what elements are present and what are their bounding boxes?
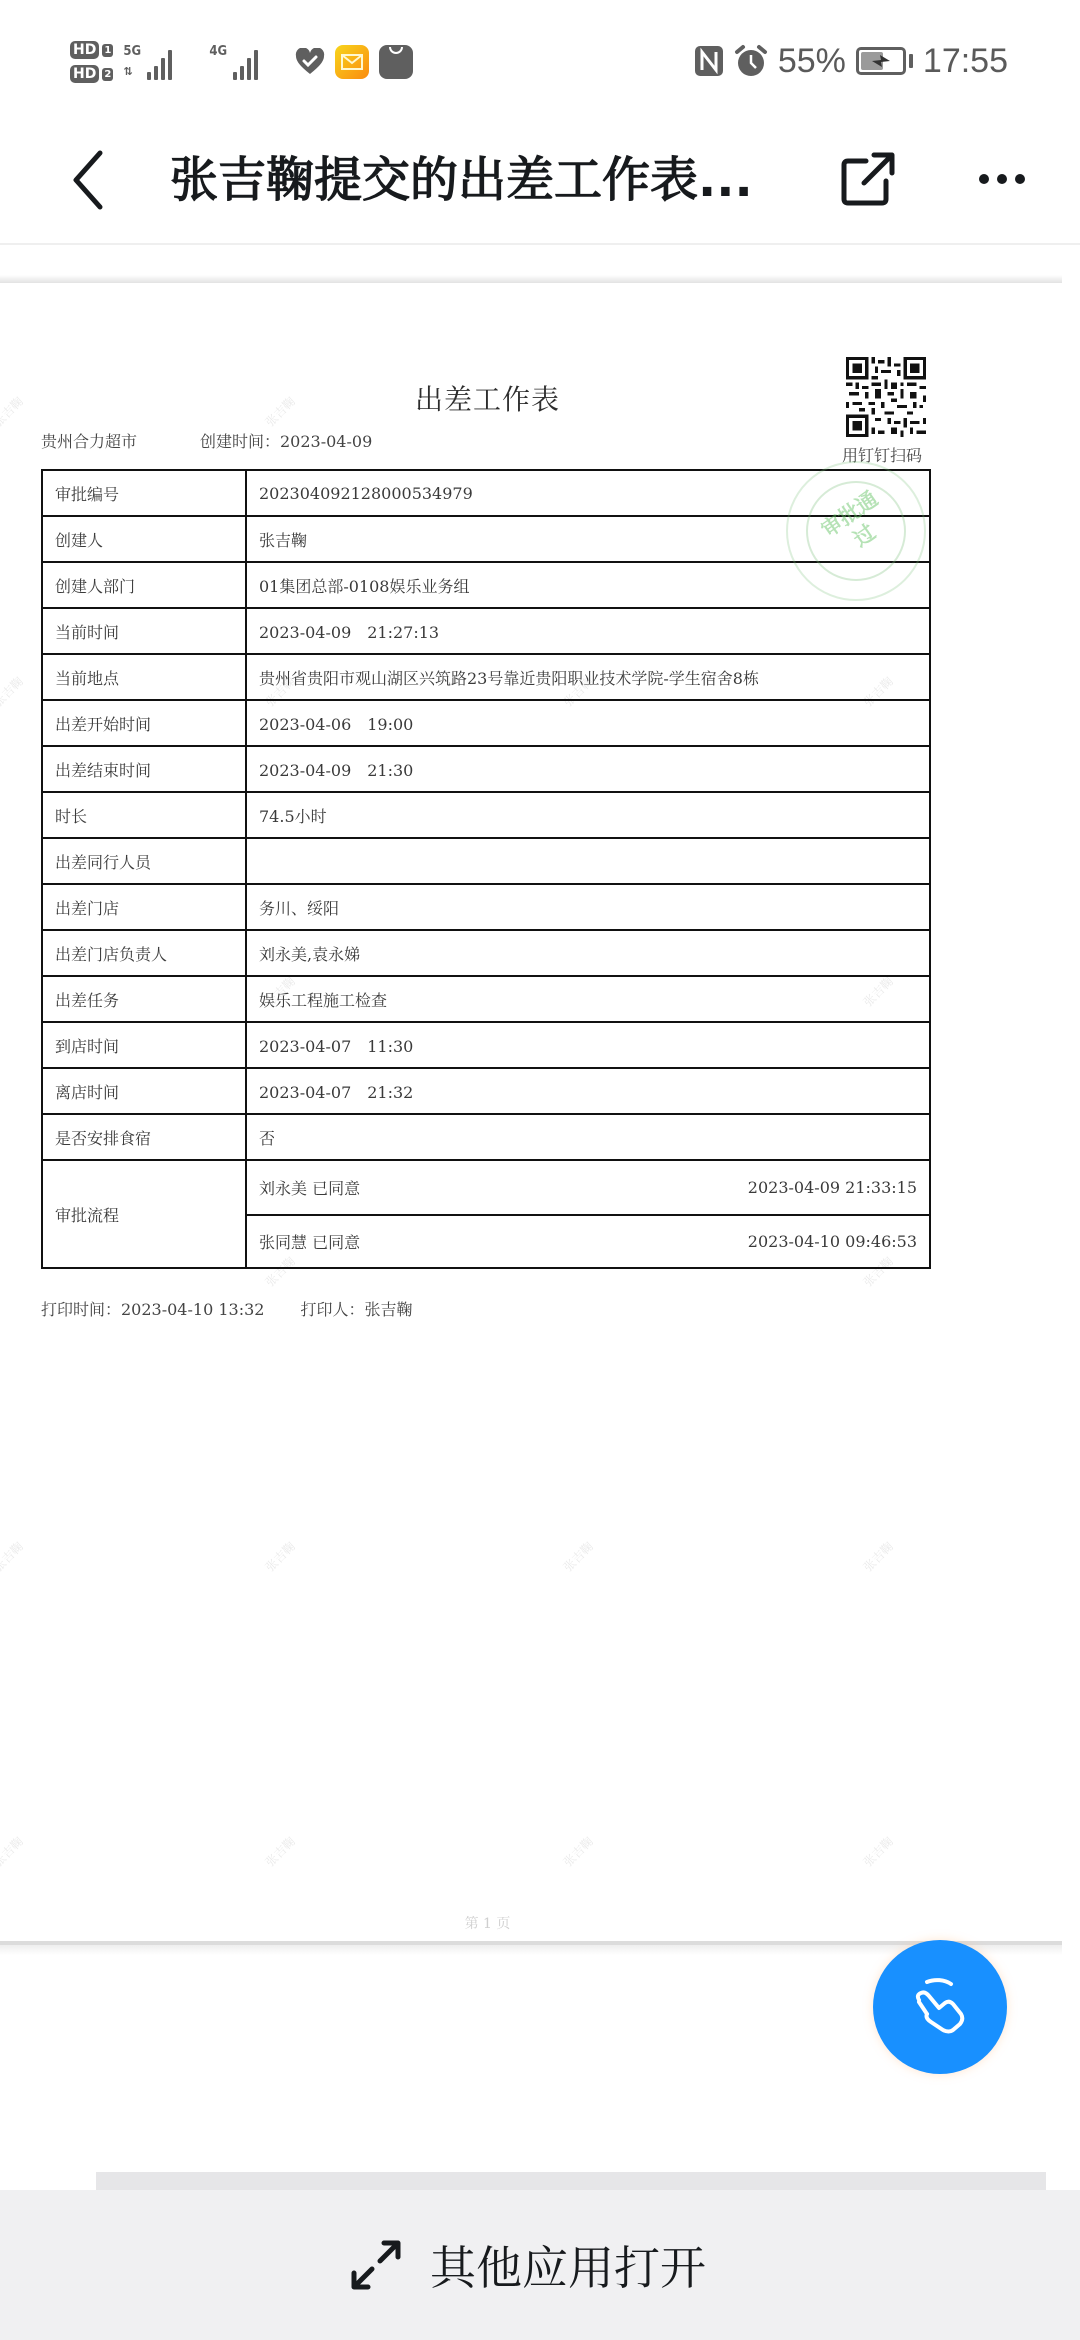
field-label: 出差结束时间 bbox=[42, 746, 246, 792]
field-label: 创建人部门 bbox=[42, 562, 246, 608]
approval-flow-steps: 刘永美 已同意 2023-04-09 21:33:15 张同慧 已同意 2023… bbox=[246, 1160, 930, 1268]
hd-volte-1: HD 1 bbox=[70, 41, 113, 59]
field-value: 刘永美,袁永娣 bbox=[246, 930, 930, 976]
gesture-fab-button[interactable] bbox=[873, 1940, 1007, 2074]
field-label: 出差任务 bbox=[42, 976, 246, 1022]
tap-gesture-icon bbox=[905, 1972, 975, 2042]
table-row: 当前地点贵州省贵阳市观山湖区兴筑路23号靠近贵阳职业技术学院-学生宿舍8栋 bbox=[42, 654, 930, 700]
page-number: 第 1 页 bbox=[0, 1913, 975, 1933]
document-viewer[interactable]: 张吉鞠 张吉鞠 张吉鞠 张吉鞠 张吉鞠 张吉鞠 张吉鞠 张吉鞠 张吉鞠 张吉鞠 … bbox=[0, 245, 1080, 2190]
field-label: 时长 bbox=[42, 792, 246, 838]
watermark: 张吉鞠 bbox=[0, 673, 27, 710]
nfc-icon bbox=[694, 45, 724, 77]
hd-volte-2: HD 2 bbox=[70, 65, 113, 83]
field-value: 娱乐工程施工检查 bbox=[246, 976, 930, 1022]
approved-stamp: 审批通过 bbox=[786, 461, 926, 601]
field-label: 审批流程 bbox=[42, 1160, 246, 1268]
print-time: 打印时间：2023-04-10 13:32 bbox=[41, 1300, 264, 1319]
data-arrows-icon: ⇅ bbox=[123, 65, 132, 78]
status-bar-left: HD 1 HD 2 5G ⇅ 4G bbox=[70, 32, 413, 92]
back-button[interactable] bbox=[58, 140, 118, 220]
approval-time: 2023-04-09 21:33:15 bbox=[748, 1178, 917, 1197]
approval-status: 已同意 bbox=[312, 1179, 360, 1198]
watermark: 张吉鞠 bbox=[0, 1833, 27, 1870]
table-row: 时长74.5小时 bbox=[42, 792, 930, 838]
network-type-5g: 5G bbox=[123, 44, 141, 59]
field-label: 是否安排食宿 bbox=[42, 1114, 246, 1160]
approval-step: 刘永美 已同意 2023-04-09 21:33:15 bbox=[247, 1161, 929, 1214]
field-label: 出差门店 bbox=[42, 884, 246, 930]
network-type-4g: 4G bbox=[209, 44, 227, 59]
chevron-left-icon bbox=[70, 150, 106, 210]
table-row: 是否安排食宿否 bbox=[42, 1114, 930, 1160]
horizontal-scrollbar[interactable] bbox=[96, 2172, 1046, 2190]
hd-volte-icon: HD bbox=[70, 41, 99, 59]
watermark: 张吉鞠 bbox=[859, 1538, 896, 1575]
field-label: 出差开始时间 bbox=[42, 700, 246, 746]
volte-indicators: HD 1 HD 2 bbox=[70, 41, 113, 83]
form-table: 审批编号202304092128000534979 创建人张吉鞠 创建人部门01… bbox=[41, 469, 931, 1269]
field-value: 2023-04-06 19:00 bbox=[246, 700, 930, 746]
bottom-bar: 其他应用打开 bbox=[0, 2190, 1080, 2340]
status-bar: HD 1 HD 2 5G ⇅ 4G bbox=[0, 0, 1080, 120]
field-label: 审批编号 bbox=[42, 470, 246, 516]
share-button[interactable] bbox=[838, 144, 898, 214]
table-row: 当前时间2023-04-09 21:27:13 bbox=[42, 608, 930, 654]
document-title: 出差工作表 bbox=[0, 378, 975, 418]
app-store-bag-icon bbox=[379, 45, 413, 79]
field-label: 当前时间 bbox=[42, 608, 246, 654]
printer-name: 打印人：张吉鞠 bbox=[300, 1300, 412, 1319]
company-name: 贵州合力超市 bbox=[41, 429, 137, 452]
more-button[interactable] bbox=[968, 144, 1036, 214]
field-label: 出差门店负责人 bbox=[42, 930, 246, 976]
field-value: 2023-04-07 21:32 bbox=[246, 1068, 930, 1114]
table-row: 出差开始时间2023-04-06 19:00 bbox=[42, 700, 930, 746]
watermark: 张吉鞠 bbox=[261, 1833, 298, 1870]
approval-time: 2023-04-10 09:46:53 bbox=[748, 1232, 917, 1251]
watermark: 张吉鞠 bbox=[261, 1538, 298, 1575]
signal-4g-icon: 4G bbox=[209, 44, 285, 80]
approval-step: 张同慧 已同意 2023-04-10 09:46:53 bbox=[247, 1214, 929, 1267]
approval-step-who: 刘永美 已同意 bbox=[259, 1176, 360, 1199]
table-row: 离店时间2023-04-07 21:32 bbox=[42, 1068, 930, 1114]
watermark: 张吉鞠 bbox=[859, 1833, 896, 1870]
document-page: 张吉鞠 张吉鞠 张吉鞠 张吉鞠 张吉鞠 张吉鞠 张吉鞠 张吉鞠 张吉鞠 张吉鞠 … bbox=[0, 283, 1062, 1943]
print-info: 打印时间：2023-04-10 13:32打印人：张吉鞠 bbox=[41, 1297, 412, 1320]
watermark: 张吉鞠 bbox=[559, 1538, 596, 1575]
field-label: 到店时间 bbox=[42, 1022, 246, 1068]
approval-step-who: 张同慧 已同意 bbox=[259, 1230, 360, 1253]
field-value: 务川、绥阳 bbox=[246, 884, 930, 930]
app-header: 张吉鞠提交的出差工作表... bbox=[0, 120, 1080, 245]
alarm-icon bbox=[734, 44, 768, 78]
watermark: 张吉鞠 bbox=[559, 1833, 596, 1870]
created-date: 创建时间：2023-04-09 bbox=[200, 429, 372, 452]
expand-arrows-icon bbox=[350, 2239, 402, 2291]
field-label: 创建人 bbox=[42, 516, 246, 562]
approver-name: 刘永美 bbox=[259, 1179, 307, 1198]
hd-volte-icon: HD bbox=[70, 65, 99, 83]
sim2-number: 2 bbox=[102, 68, 113, 81]
approval-status: 已同意 bbox=[312, 1233, 360, 1252]
field-label: 出差同行人员 bbox=[42, 838, 246, 884]
signal-5g-icon: 5G ⇅ bbox=[123, 44, 199, 80]
sim1-number: 1 bbox=[102, 44, 113, 57]
open-with-other-app-label: 其他应用打开 bbox=[430, 2232, 706, 2298]
field-value: 2023-04-09 21:30 bbox=[246, 746, 930, 792]
open-with-other-app-button[interactable]: 其他应用打开 bbox=[350, 2230, 706, 2300]
table-row: 出差结束时间2023-04-09 21:30 bbox=[42, 746, 930, 792]
mail-app-icon bbox=[335, 45, 369, 79]
watermark: 张吉鞠 bbox=[0, 1538, 27, 1575]
field-value: 否 bbox=[246, 1114, 930, 1160]
table-row: 出差门店负责人刘永美,袁永娣 bbox=[42, 930, 930, 976]
battery-charging-icon bbox=[856, 47, 913, 75]
clock: 17:55 bbox=[923, 42, 1008, 81]
more-horizontal-icon bbox=[979, 174, 989, 184]
health-heart-icon bbox=[295, 48, 325, 76]
table-row: 到店时间2023-04-07 11:30 bbox=[42, 1022, 930, 1068]
field-value: 74.5小时 bbox=[246, 792, 930, 838]
page-title: 张吉鞠提交的出差工作表... bbox=[170, 148, 753, 212]
field-value: 贵州省贵阳市观山湖区兴筑路23号靠近贵阳职业技术学院-学生宿舍8栋 bbox=[246, 654, 930, 700]
approval-flow-row: 审批流程 刘永美 已同意 2023-04-09 21:33:15 张同慧 已同意… bbox=[42, 1160, 930, 1268]
field-label: 当前地点 bbox=[42, 654, 246, 700]
table-row: 出差同行人员 bbox=[42, 838, 930, 884]
page-top-edge bbox=[0, 275, 1062, 283]
field-value: 2023-04-09 21:27:13 bbox=[246, 608, 930, 654]
table-row: 出差门店务川、绥阳 bbox=[42, 884, 930, 930]
field-value bbox=[246, 838, 930, 884]
share-external-icon bbox=[840, 151, 896, 207]
table-row: 出差任务娱乐工程施工检查 bbox=[42, 976, 930, 1022]
field-value: 2023-04-07 11:30 bbox=[246, 1022, 930, 1068]
qr-code[interactable] bbox=[846, 357, 926, 437]
battery-percent: 55% bbox=[778, 42, 846, 81]
status-bar-right: 55% 17:55 bbox=[694, 36, 1008, 86]
field-label: 离店时间 bbox=[42, 1068, 246, 1114]
approver-name: 张同慧 bbox=[259, 1233, 307, 1252]
